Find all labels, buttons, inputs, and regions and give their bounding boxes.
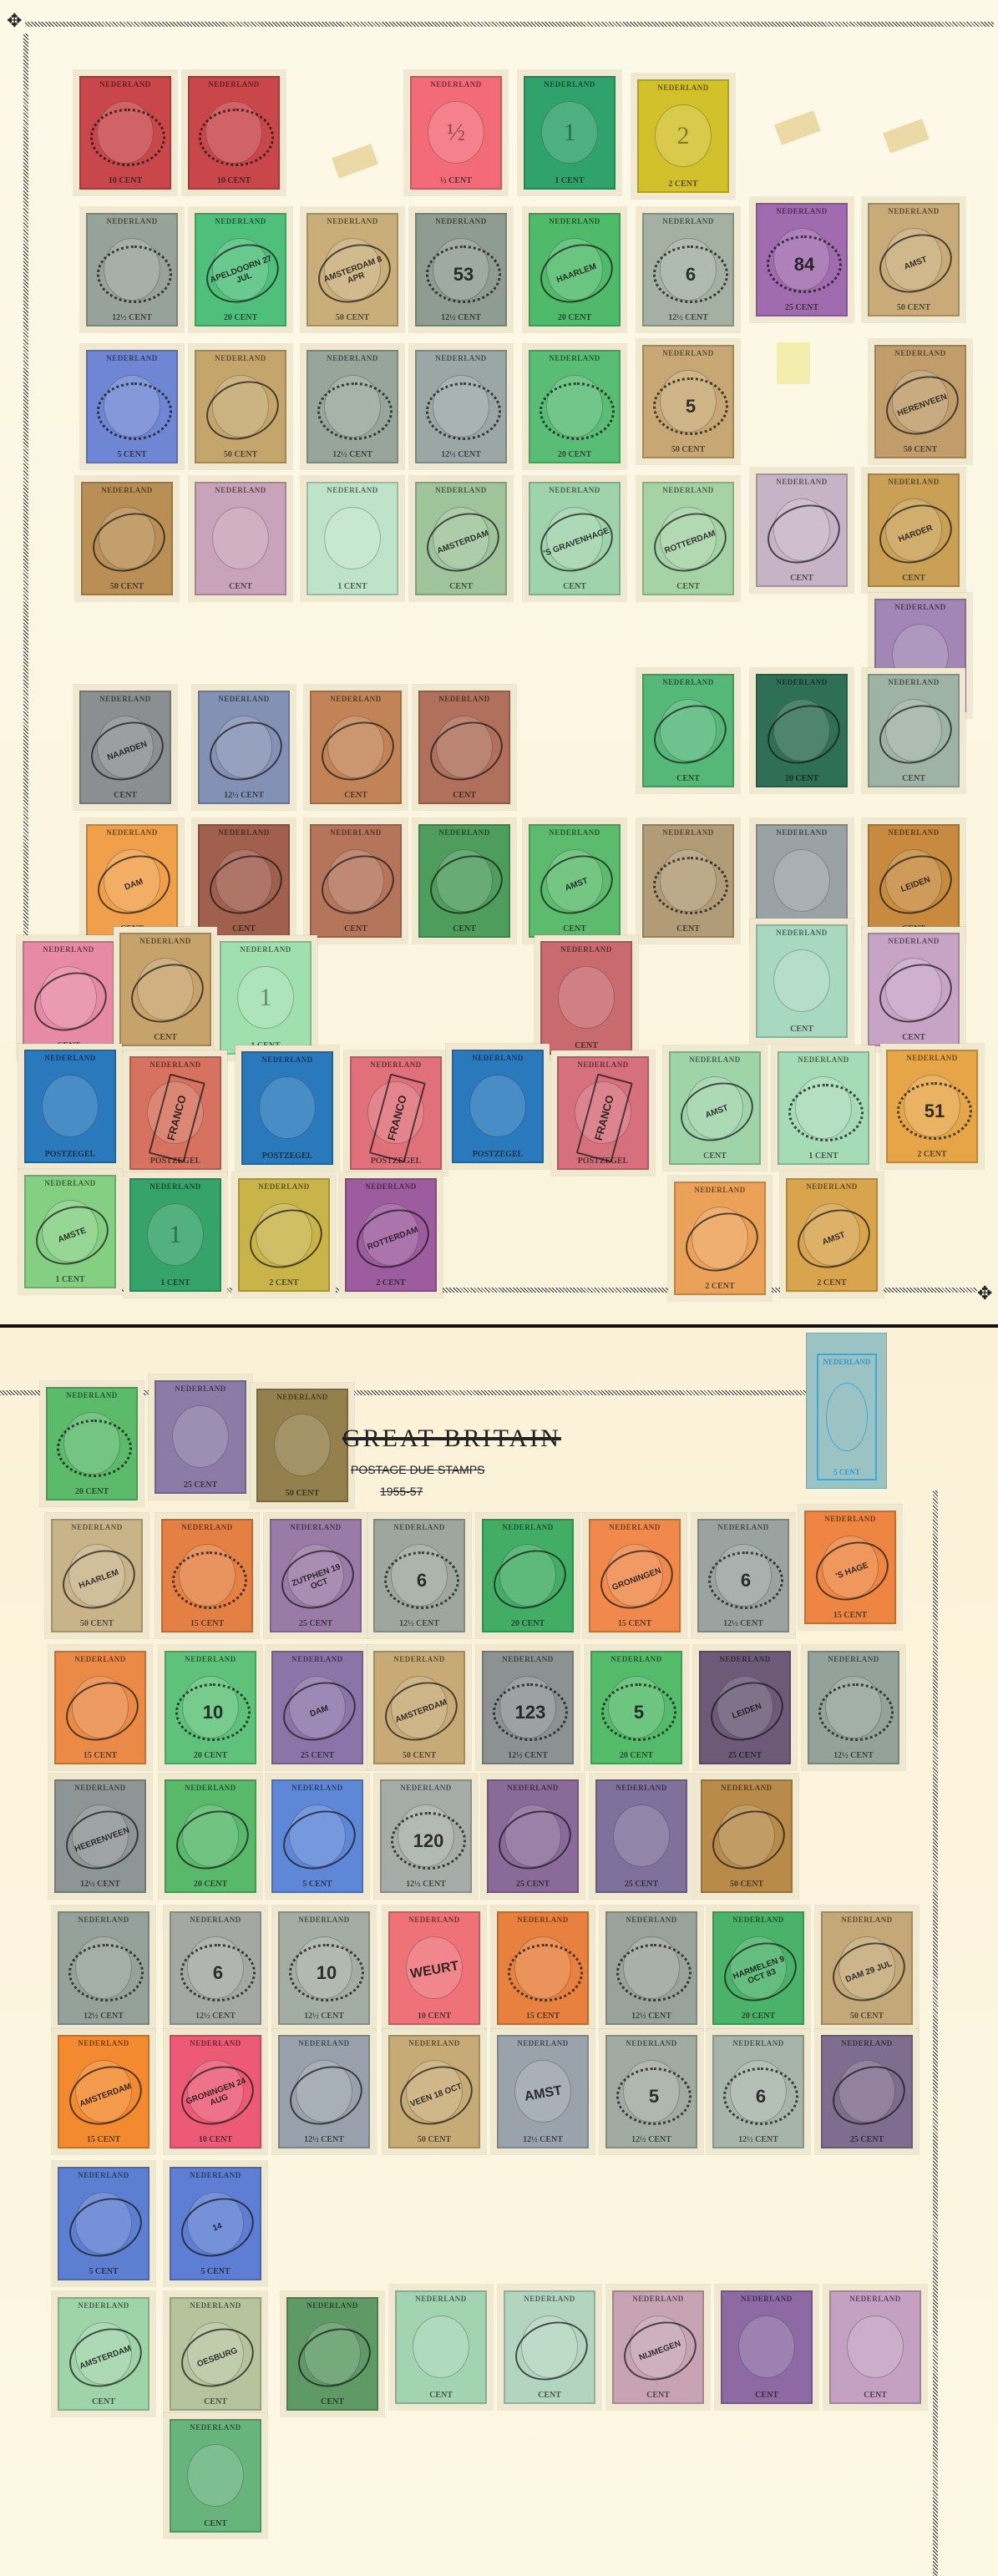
postmark: APELDOORN 27 JUL [198, 235, 286, 313]
stamp-face: NEDERLANDCENT [756, 924, 848, 1038]
stamp-face: NEDERLANDCENT [868, 933, 960, 1046]
stamp-face: NEDERLAND20 CENTHARMELEN 9 OCT 83 [712, 1911, 804, 2025]
stamp-value: 25 CENT [850, 2135, 884, 2144]
postmark [646, 696, 734, 774]
stamp: NEDERLAND50 CENT [695, 1774, 798, 1899]
stamp-face: NEDERLAND2 CENTAMST [786, 1178, 878, 1292]
stamp-face: NEDERLANDCENT'S GRAVENHAGE [529, 482, 621, 595]
stamp: NEDERLAND12½ CENT123 [476, 1645, 580, 1770]
stamp-value: CENT [229, 582, 252, 591]
postmark [241, 1200, 330, 1278]
stamp: NEDERLANDPOSTZEGEL [18, 1044, 122, 1169]
stamp: NEDERLAND12½ CENTHEERENVEEN [48, 1774, 152, 1899]
stamp-value: 12½ CENT [406, 1880, 446, 1889]
stamp-value: 25 CENT [516, 1880, 550, 1889]
stamp-country: NEDERLAND [888, 937, 940, 945]
page-heading-years: 1955-57 [380, 1485, 423, 1498]
stamp: NEDERLAND12½ CENT [272, 2029, 376, 2154]
stamp-face: NEDERLAND50 CENT5 [642, 345, 734, 458]
stamp-face: NEDERLAND12½ CENT53 [415, 213, 507, 326]
stamp-value: 12½ CENT [304, 2012, 344, 2021]
stamp-country: NEDERLAND [609, 1523, 661, 1531]
stamp-face: NEDERLAND10 CENT [79, 76, 171, 190]
stamp-country: NEDERLAND [190, 2171, 241, 2179]
stamp-value: CENT [902, 574, 925, 583]
stamp-face: NEDERLANDCENTAMST [669, 1051, 761, 1165]
stamp: NEDERLAND2 CENT51 [880, 1044, 984, 1169]
postmark: AMSTERDAM 8 APR [310, 235, 398, 313]
stamp-country: NEDERLAND [215, 217, 266, 225]
postmark: HAARLEM [54, 1541, 143, 1619]
postmark: DAM [275, 1673, 363, 1751]
stamp-country: NEDERLAND [190, 2301, 241, 2310]
stamp-value: 50 CENT [286, 1489, 319, 1498]
stamp-face: NEDERLANDCENT [286, 2297, 378, 2411]
stamp-face: NEDERLAND12½ CENTAMST [497, 2035, 589, 2148]
stamp-value: 10 CENT [418, 2012, 451, 2021]
stamp: NEDERLANDPOSTZEGEL [446, 1044, 550, 1169]
stamp-value: 2 CENT [376, 1278, 405, 1288]
stamp-hinge [774, 110, 821, 145]
stamp: NEDERLAND12½ CENT [80, 207, 184, 332]
stamp-value: CENT [563, 924, 586, 934]
stamp-value: 12½ CENT [195, 2012, 236, 2021]
postmark [68, 1944, 144, 2002]
stamp-face: NEDERLAND50 CENTDAM 29 JUL [821, 1911, 913, 2025]
stamp-value: 12½ CENT [631, 2135, 671, 2144]
stamp-country: NEDERLAND [149, 1182, 201, 1191]
stamp-country: NEDERLAND [888, 207, 940, 215]
stamp-value: CENT [154, 1033, 177, 1042]
stamp-face: NEDERLAND50 CENT [195, 350, 286, 463]
stamp-value: 12½ CENT [833, 1751, 874, 1760]
stamp-face: NEDERLANDPOSTZEGELFRANCO [350, 1056, 442, 1170]
stamp-country: NEDERLAND [71, 1523, 123, 1531]
stamp-value: 20 CENT [224, 313, 257, 322]
stamp: NEDERLAND1 CENT [301, 476, 404, 601]
postmark [172, 1551, 248, 1609]
stamp-face: NEDERLANDCENT [504, 2290, 595, 2404]
postmark [57, 1420, 133, 1477]
stamp-country: NEDERLAND [408, 2039, 460, 2047]
stamp-country: NEDERLAND [517, 1916, 569, 1924]
stamp-country: NEDERLAND [291, 1655, 343, 1663]
stamp-value: CENT [646, 2391, 670, 2400]
stamp: NEDERLANDPOSTZEGEL [236, 1045, 339, 1171]
stamp-hinge [883, 119, 930, 154]
stamp-country: NEDERLAND [327, 486, 378, 494]
stamp-country: NEDERLAND [549, 486, 600, 494]
postmark: 120 [391, 1812, 467, 1870]
stamp: NEDERLAND11 CENT [124, 1172, 227, 1298]
stamp: NEDERLAND12½ CENT [192, 685, 296, 810]
postmark [199, 109, 275, 166]
stamp: NEDERLANDCENT [498, 2285, 601, 2410]
postmark [313, 712, 402, 791]
stamp-face: NEDERLAND12½ CENT [306, 350, 398, 463]
stamp-value: 1 CENT [555, 176, 584, 185]
stamp: NEDERLAND50 CENTAMSTERDAM [367, 1645, 471, 1770]
stamp-value: 5 CENT [117, 450, 146, 459]
stamp-face: NEDERLAND5 CENT14 [170, 2167, 261, 2280]
stamp-face: NEDERLAND15 CENT [497, 1911, 589, 2025]
portrait-oval [212, 507, 269, 570]
stamp-face: NEDERLANDCENTLEIDEN [868, 824, 960, 938]
stamp: NEDERLANDCENT [281, 2291, 384, 2417]
stamp-country: NEDERLAND [327, 354, 378, 362]
postmark [97, 245, 173, 303]
stamp-country: NEDERLAND [662, 217, 714, 225]
stamp-country: NEDERLAND [517, 2039, 569, 2047]
stamp-face: NEDERLANDCENTDAM [86, 824, 178, 938]
stamp-value: 1 CENT [55, 1275, 84, 1284]
stamp-value: 5 CENT [200, 2267, 230, 2276]
stamp-country: NEDERLAND [101, 486, 153, 494]
stamp-face: NEDERLAND1 CENT [778, 1051, 869, 1165]
stamp-value: CENT [676, 774, 700, 783]
stamp: NEDERLANDCENT [413, 818, 516, 944]
stamp-country: NEDERLAND [74, 1655, 126, 1663]
stamp-country: NEDERLAND [78, 2039, 129, 2047]
stamp-country: NEDERLAND [276, 1393, 328, 1401]
stamp-value: 20 CENT [558, 450, 591, 459]
stamp: NEDERLAND20 CENT [476, 1513, 580, 1638]
stamp: NEDERLAND20 CENT [523, 344, 626, 469]
stamp-value: 12½ CENT [631, 2012, 671, 2021]
stamp-value: 25 CENT [785, 303, 818, 312]
stamp-value: 15 CENT [833, 1611, 867, 1620]
portrait-oval [324, 507, 381, 570]
stamp-country: NEDERLAND [208, 80, 260, 89]
stamp-face: NEDERLANDCENT [23, 941, 114, 1055]
stamp: NEDERLANDCENT [17, 935, 120, 1060]
stamp-face: NEDERLAND20 CENT5 [590, 1651, 682, 1764]
stamp: NEDERLAND2 CENTAMST [780, 1172, 884, 1298]
postmark: HAARLEM [532, 235, 621, 313]
stamp: NEDERLAND50 CENTDAM 29 JUL [815, 1905, 919, 2031]
stamp: NEDERLAND12½ CENT6 [692, 1513, 795, 1638]
stamp-face: NEDERLAND20 CENT [165, 1779, 256, 1893]
stamp-country: NEDERLAND [190, 2039, 241, 2047]
postmark [84, 504, 173, 582]
stamp-value: 20 CENT [75, 1487, 109, 1496]
postmark [485, 1541, 574, 1619]
postmark: AMSTERDAM [377, 1673, 465, 1751]
stamp-face: NEDERLAND12½ CENT [605, 1911, 697, 2025]
postmark [61, 2189, 149, 2267]
postmark [290, 2319, 378, 2397]
stamp-value: CENT [563, 582, 586, 591]
stamp-country: NEDERLAND [806, 1182, 858, 1191]
stamp: NEDERLAND25 CENT [481, 1774, 585, 1899]
stamp-value: 15 CENT [618, 1619, 651, 1628]
stamp-country: NEDERLAND [190, 1916, 241, 1924]
stamp: NEDERLAND25 CENT84 [750, 197, 854, 322]
stamp-value: CENT [204, 2397, 227, 2406]
stamp: NEDERLAND50 CENTAMST [862, 197, 965, 322]
stamp: NEDERLAND11 CENT [214, 935, 317, 1060]
stamp-face: NEDERLANDCENT [310, 824, 402, 938]
stamp-country: NEDERLAND [776, 478, 828, 486]
stamp: NEDERLANDCENT [862, 668, 965, 793]
stamp: NEDERLAND2 CENT [232, 1172, 336, 1298]
postmark: ZUTPHEN 19 OCT [273, 1541, 362, 1619]
stamp-country: NEDERLAND [626, 2039, 677, 2047]
postmark: AMST [871, 225, 960, 303]
stamp-face: NEDERLAND50 CENTVEEN 18 OCT [388, 2035, 480, 2148]
stamp-value: 10 CENT [217, 176, 251, 185]
stamp-face: NEDERLAND50 CENTAMST [868, 203, 960, 316]
stamp-value: 20 CENT [742, 2012, 775, 2021]
postmark: DAM [89, 846, 178, 924]
postmark: HARDER [871, 495, 960, 574]
stamp: NEDERLAND12½ CENT [409, 344, 513, 469]
stamp-face: NEDERLANDPOSTZEGEL [241, 1051, 333, 1165]
stamp-face: NEDERLANDCENT [310, 691, 402, 804]
stamp-country: NEDERLAND [99, 695, 151, 703]
page-heading-title: GREAT BRITAIN [342, 1425, 561, 1453]
stamp-country: NEDERLAND [78, 2301, 129, 2310]
stamp-country: NEDERLAND [106, 354, 158, 362]
stamp-value: 25 CENT [301, 1751, 334, 1760]
stamp-country: NEDERLAND [298, 2039, 350, 2047]
postmark: 123 [493, 1683, 569, 1741]
stamp: NEDERLANDCENT [192, 818, 296, 944]
stamp-country: NEDERLAND [190, 2423, 241, 2432]
postmark: AMSTE [28, 1197, 116, 1275]
portrait-oval: 1 [237, 966, 294, 1030]
stamp-country: NEDERLAND [689, 1055, 741, 1064]
stamp: NEDERLAND1 CENTAMSTE [18, 1169, 122, 1294]
stamp-value: 15 CENT [526, 2012, 560, 2021]
stamp: NEDERLAND25 CENTLEIDEN [693, 1645, 797, 1770]
stamp: NEDERLANDCENTHARDER [862, 468, 965, 593]
stamp-value: 5 CENT [833, 1468, 860, 1476]
stamp-face: NEDERLAND12½ CENT6 [170, 1911, 261, 2025]
stamp-face: NEDERLANDCENTAMSTERDAM [58, 2297, 149, 2411]
postmark [704, 1801, 793, 1880]
stamp-face: NEDERLANDCENT [756, 473, 848, 587]
stamp-country: NEDERLAND [694, 1186, 746, 1194]
postmark: 6 [180, 1944, 256, 2002]
postmark [198, 372, 286, 450]
stamp-face: NEDERLAND½½ CENT [410, 76, 502, 190]
stamp-country: NEDERLAND [549, 828, 600, 837]
stamp: NEDERLAND25 CENT [149, 1374, 252, 1500]
portrait-oval [773, 849, 830, 913]
page-border-top [25, 22, 994, 27]
postmark [653, 857, 729, 914]
stamp-country: NEDERLAND [408, 1916, 460, 1924]
stamp-face: NEDERLAND2 CENTROTTERDAM [345, 1178, 437, 1292]
stamp-face: NEDERLANDCENTAMSTERDAM [415, 482, 507, 595]
stamp-value: 50 CENT [730, 1880, 763, 1889]
stamp: NEDERLANDCENT [413, 685, 516, 810]
stamp-face: NEDERLAND50 CENT [256, 1389, 348, 1502]
stamp-country: NEDERLAND [306, 2301, 358, 2310]
stamp: NEDERLAND12½ CENTAMST [491, 2029, 595, 2154]
stamp-face: NEDERLAND12½ CENT [86, 213, 178, 326]
postmark [788, 1084, 864, 1141]
stamp-face: NEDERLANDCENTOESBURG [170, 2297, 261, 2411]
stamp-value: POSTZEGEL [45, 1150, 96, 1159]
stamp-country: NEDERLAND [732, 2039, 784, 2047]
stamp-value: 20 CENT [511, 1619, 545, 1628]
stamp-value: 5 CENT [89, 2267, 118, 2276]
postmark: HEERENVEEN [58, 1801, 146, 1880]
stamp: NEDERLANDCENTAMSTERDAM [52, 2291, 155, 2417]
stamp-face: NEDERLANDCENT [868, 674, 960, 787]
stamp-country: NEDERLAND [741, 2295, 793, 2303]
stamp-value: 50 CENT [671, 445, 705, 454]
stamp-value: 12½ CENT [84, 2012, 124, 2021]
envelope-cutout: NEDERLAND 5 CENT [806, 1333, 887, 1489]
stamp-country: NEDERLAND [66, 1391, 118, 1399]
stamp-value: 20 CENT [194, 1751, 227, 1760]
stamp: NEDERLAND50 CENT [251, 1383, 354, 1508]
stamp-country: NEDERLAND [438, 828, 490, 837]
stamp-country: NEDERLAND [218, 828, 270, 837]
stamp-face: NEDERLAND25 CENT [595, 1779, 687, 1893]
stamp-face: NEDERLANDCENT [721, 2290, 813, 2404]
stamp-country: NEDERLAND [662, 486, 714, 494]
stamp-value: 12½ CENT [399, 1619, 439, 1628]
postmark: 5 [653, 377, 729, 435]
stamp: NEDERLAND12½ CENT5 [600, 2029, 703, 2154]
postmark: HARMELEN 9 OCT 83 [716, 1933, 804, 2012]
stamp: NEDERLAND5 CENT [266, 1774, 369, 1899]
stamp-face: NEDERLAND11 CENT [220, 941, 312, 1055]
stamp-face: NEDERLANDCENT [418, 824, 510, 938]
stamp-value: 50 CENT [850, 2012, 884, 2021]
stamp-value: 12½ CENT [668, 313, 708, 322]
postmark: 51 [897, 1082, 973, 1140]
portrait-oval [413, 2315, 469, 2379]
stamp: NEDERLANDCENT [534, 935, 638, 1060]
portrait-oval: 1 [147, 1203, 204, 1267]
stamp-face: NEDERLAND50 CENT [81, 482, 173, 595]
stamp-value: CENT [429, 2391, 453, 2400]
stamp-face: NEDERLAND50 CENTHERENVEEN [874, 345, 966, 458]
postmark [426, 382, 502, 440]
stamp-country: NEDERLAND [888, 478, 940, 486]
stamp: NEDERLAND50 CENT5 [636, 339, 740, 464]
stamp: NEDERLAND5 CENT [80, 344, 184, 469]
stamp-face: NEDERLAND22 CENT [637, 79, 729, 193]
stamp-value: 2 CENT [917, 1150, 946, 1159]
stamp: NEDERLAND12½ CENT6 [164, 1905, 267, 2031]
stamp-value: 2 CENT [269, 1278, 298, 1288]
stamp: NEDERLAND15 CENTAMSTERDAM [52, 2029, 155, 2154]
stamp: NEDERLAND50 CENTHAARLEM [45, 1513, 149, 1638]
stamp-country: NEDERLAND [888, 678, 940, 686]
stamp-country: NEDERLAND [721, 1784, 773, 1792]
stamp-value: CENT [321, 2397, 344, 2406]
stamp-value: 12½ CENT [224, 791, 264, 800]
postmark: AMST [672, 1073, 761, 1151]
postmark: DAM 29 JUL [824, 1933, 913, 2012]
stamp: NEDERLANDCENT'S GRAVENHAGE [523, 476, 626, 601]
stamp: NEDERLAND25 CENT [590, 1774, 693, 1899]
stamp: NEDERLAND12½ CENT10 [272, 1905, 376, 2031]
stamp-face: NEDERLAND25 CENT [487, 1779, 579, 1893]
stamp-value: 50 CENT [418, 2135, 451, 2144]
stamp-country: NEDERLAND [560, 945, 612, 954]
stamp-face: NEDERLAND5 CENT [86, 350, 178, 463]
stamp-country: NEDERLAND [149, 1060, 201, 1069]
stamp-face: NEDERLANDCENT [195, 482, 286, 595]
stamp: NEDERLANDCENT [164, 2413, 267, 2538]
postmark: 10 [289, 1944, 365, 2002]
portrait-oval [558, 966, 615, 1030]
stamp-face: NEDERLAND12½ CENT5 [605, 2035, 697, 2148]
postmark: GRONINGEN 24 AUG [173, 2057, 261, 2135]
postmark: AMST [532, 846, 621, 924]
stamp: NEDERLAND20 CENT [159, 1774, 262, 1899]
postmark: 53 [426, 245, 502, 303]
stamp-value: CENT [790, 574, 813, 583]
stamp-value: CENT [232, 924, 256, 934]
stamp-value: 20 CENT [620, 1751, 653, 1760]
stamp: NEDERLAND5 CENT14 [164, 2161, 267, 2286]
stamp-country: NEDERLAND [776, 678, 828, 686]
stamp-value: 10 CENT [109, 176, 142, 185]
stamp-value: POSTZEGEL [473, 1150, 524, 1159]
stamp-face: NEDERLANDCENT [642, 674, 734, 787]
stamp-country: NEDERLAND [393, 1523, 445, 1531]
postmark: LEIDEN [702, 1673, 791, 1751]
stamp-face: NEDERLAND20 CENT [482, 1519, 574, 1632]
stamp: NEDERLANDCENT [304, 818, 408, 944]
stamp-face: NEDERLANDCENTROTTERDAM [642, 482, 734, 595]
stamp-face: NEDERLAND10 CENTWEURT [388, 1911, 480, 2025]
stamp: NEDERLAND½½ CENT [404, 70, 508, 195]
stamp-face: NEDERLANDCENT [170, 2419, 261, 2533]
stamp-face: NEDERLAND12½ CENT123 [482, 1651, 574, 1764]
stamp: NEDERLAND10 CENT [182, 70, 286, 195]
stamp-value: 2 CENT [817, 1278, 846, 1288]
stamp: NEDERLAND2 CENT [668, 1176, 772, 1301]
portrait-oval [847, 2315, 904, 2379]
stamp: NEDERLAND12½ CENT [301, 344, 404, 469]
stamp-country: NEDERLAND [502, 1523, 554, 1531]
stamp-country: NEDERLAND [906, 1054, 958, 1062]
postmark: VEEN 18 OCT [392, 2057, 480, 2135]
stamp-value: CENT [453, 924, 476, 934]
stamp: NEDERLAND12½ CENT6 [636, 207, 740, 332]
stamp: NEDERLAND20 CENT [40, 1381, 144, 1506]
stamp-face: NEDERLAND12½ CENT6 [697, 1519, 789, 1632]
stamp-value: 25 CENT [625, 1880, 658, 1889]
portrait-oval [826, 1383, 868, 1451]
stamp-face: NEDERLAND25 CENTLEIDEN [699, 1651, 791, 1764]
stamp: NEDERLAND20 CENT10 [159, 1645, 262, 1770]
postmark: AMSTERDAM [418, 504, 507, 582]
stamp-country: NEDERLAND [106, 828, 158, 837]
stamp-value: 12½ CENT [738, 2135, 778, 2144]
stamp-value: CENT [92, 2397, 115, 2406]
portrait-oval [172, 1405, 229, 1469]
stamp-value: 2 CENT [668, 180, 697, 189]
postmark [90, 109, 166, 166]
stamp: NEDERLAND50 CENTAMSTERDAM 8 APR [301, 207, 404, 332]
stamp-country: NEDERLAND [662, 828, 714, 837]
stamp-country: NEDERLAND [662, 349, 714, 357]
postmark: OESBURG [173, 2319, 261, 2397]
stamp-country: NEDERLAND [507, 1784, 559, 1792]
stamp-country: NEDERLAND [78, 1916, 129, 1924]
stamp-face: NEDERLAND11 CENT [524, 76, 616, 190]
